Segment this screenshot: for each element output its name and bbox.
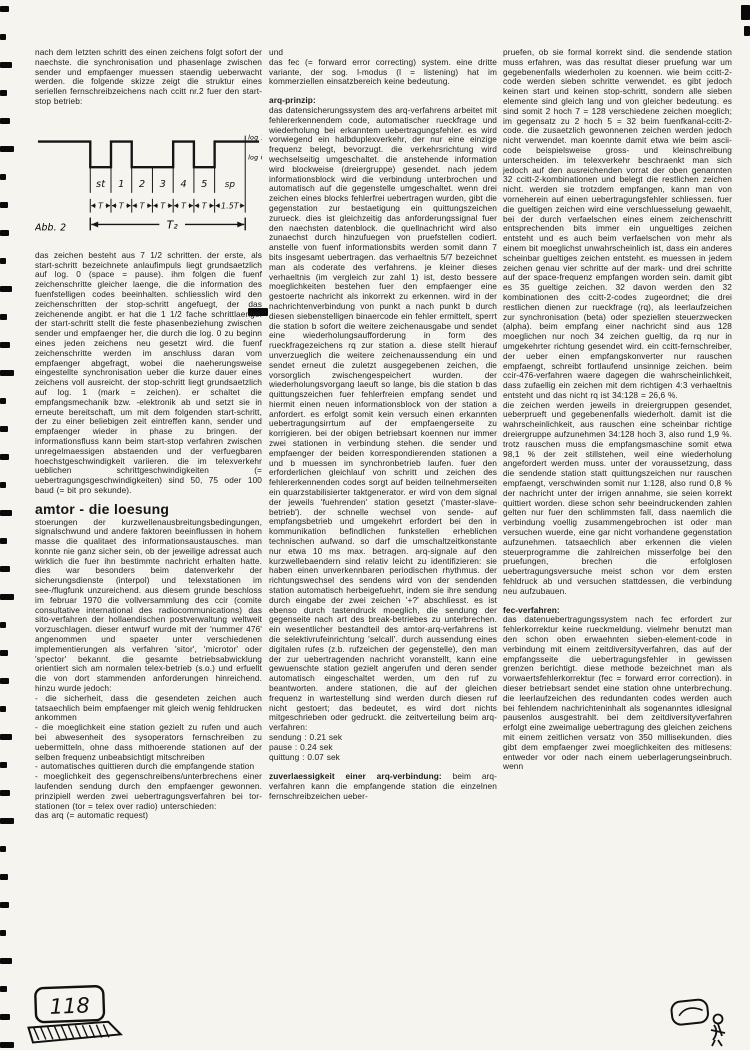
reliability-heading: zuverlaessigkeit einer arq-verbindung: bbox=[269, 771, 442, 781]
arrowhead-left bbox=[91, 221, 98, 227]
amtor-paragraph: stoerungen der kurzwellenausbreitungsbed… bbox=[35, 518, 262, 694]
list-item: - die moeglichkeit eine station gezielt … bbox=[35, 723, 262, 762]
list-item: - moeglichkeit des gegenschreibens/unter… bbox=[35, 772, 262, 811]
t-label: T bbox=[140, 201, 146, 210]
scan-mark bbox=[0, 174, 6, 180]
scan-mark bbox=[0, 202, 8, 208]
scan-mark bbox=[0, 146, 14, 152]
scan-mark bbox=[0, 370, 14, 376]
scan-mark bbox=[0, 818, 14, 824]
check-paragraph: pruefen, ob sie formal korrekt sind. die… bbox=[503, 48, 732, 401]
scan-mark bbox=[0, 650, 8, 656]
figure-caption: Abb. 2 bbox=[35, 222, 66, 233]
bit-label-1: 1 bbox=[118, 179, 124, 190]
doodle-body bbox=[671, 999, 709, 1026]
arrowhead-left bbox=[216, 203, 220, 208]
scan-mark bbox=[0, 398, 6, 404]
hatch-line bbox=[82, 1025, 87, 1038]
hatch-line bbox=[40, 1027, 45, 1040]
column-right: pruefen, ob sie formal korrekt sind. die… bbox=[503, 48, 732, 772]
hatch-line bbox=[54, 1026, 59, 1039]
t-label: T bbox=[181, 201, 187, 210]
doodle-figure bbox=[711, 1015, 725, 1047]
waveform-trace bbox=[38, 141, 259, 167]
scan-mark bbox=[0, 594, 14, 600]
hatch-line bbox=[68, 1026, 73, 1039]
arq-prinzip-paragraph: das datensicherungssystem des arq-verfah… bbox=[269, 106, 497, 733]
arq-definition-line: das arq (= automatic request) bbox=[35, 811, 262, 821]
scan-mark bbox=[0, 118, 10, 124]
telegraph-character-figure: T₂ log 1 log 0 Abb. 2 st12345spTTTTTT1.5… bbox=[35, 121, 262, 243]
fec-intro-paragraph: das fec (= forward error correcting) sys… bbox=[269, 58, 497, 87]
bit-label-4: 4 bbox=[180, 179, 186, 190]
arrowhead-left bbox=[174, 203, 178, 208]
arrowhead-left bbox=[91, 203, 95, 208]
scan-mark bbox=[0, 454, 9, 460]
scan-mark bbox=[0, 958, 12, 964]
scan-mark bbox=[0, 930, 6, 936]
scan-mark bbox=[0, 314, 7, 320]
scan-mark bbox=[0, 762, 7, 768]
list-item: - die sicherheit, dass die gesendeten ze… bbox=[35, 694, 262, 723]
groups-paragraph: die zeichen werden jeweils in dreiergrup… bbox=[503, 401, 732, 597]
scan-mark bbox=[0, 6, 9, 12]
bit-label-st: st bbox=[96, 179, 106, 190]
t-label: 1.5T bbox=[221, 201, 240, 210]
timing-quittung: quittung : 0.07 sek bbox=[269, 753, 497, 763]
bit-label-sp: sp bbox=[225, 180, 236, 190]
arrowhead-right bbox=[148, 203, 152, 208]
arrowhead-right bbox=[168, 203, 172, 208]
scan-mark bbox=[0, 986, 7, 992]
scan-mark bbox=[0, 230, 9, 236]
scan-mark bbox=[0, 62, 12, 68]
intro-paragraph: nach dem letzten schritt des einen zeich… bbox=[35, 48, 262, 107]
t-label: T bbox=[160, 201, 166, 210]
fec-paragraph: das datenuebertragungssystem nach fec er… bbox=[503, 615, 732, 772]
scan-mark bbox=[0, 342, 10, 348]
hatch-line bbox=[61, 1026, 66, 1039]
scan-mark bbox=[744, 26, 750, 36]
reliability-paragraph: zuverlaessigkeit einer arq-verbindung: b… bbox=[269, 772, 497, 801]
bit-label-5: 5 bbox=[201, 179, 207, 190]
terminal-sketch-icon: 118 bbox=[24, 984, 128, 1046]
arrowhead-right bbox=[237, 221, 244, 227]
t-label: T bbox=[119, 201, 125, 210]
scan-mark bbox=[0, 258, 6, 264]
structure-paragraph: das zeichen besteht aus 7 1/2 schritten.… bbox=[35, 251, 262, 496]
scan-mark bbox=[0, 286, 12, 292]
t2-label: T₂ bbox=[167, 218, 179, 231]
scan-mark bbox=[0, 1042, 14, 1048]
arrowhead-left bbox=[112, 203, 116, 208]
arrowhead-right bbox=[210, 203, 214, 208]
log0-label: log 0 bbox=[248, 153, 262, 161]
scan-mark bbox=[0, 734, 12, 740]
scan-mark bbox=[0, 34, 6, 40]
log1-label: log 1 bbox=[248, 133, 262, 141]
arrowhead-right bbox=[240, 203, 244, 208]
scan-mark bbox=[0, 566, 10, 572]
t-label: T bbox=[98, 201, 104, 210]
column-middle: und das fec (= forward error correcting)… bbox=[269, 48, 497, 802]
scan-mark bbox=[0, 706, 6, 712]
column-left: nach dem letzten schritt des einen zeich… bbox=[35, 48, 262, 821]
scan-mark bbox=[0, 846, 6, 852]
scan-mark bbox=[0, 874, 8, 880]
t-label: T bbox=[202, 201, 208, 210]
scan-mark bbox=[741, 5, 750, 20]
bit-label-3: 3 bbox=[160, 179, 166, 190]
scan-mark bbox=[0, 510, 12, 516]
start-stop-waveform-diagram: T₂ log 1 log 0 Abb. 2 st12345spTTTTTT1.5… bbox=[35, 121, 262, 243]
page-number: 118 bbox=[49, 993, 90, 1018]
arrowhead-right bbox=[127, 203, 131, 208]
scan-mark bbox=[0, 538, 7, 544]
doodle-curve bbox=[678, 1007, 703, 1016]
hatch-line bbox=[89, 1025, 94, 1038]
scan-mark bbox=[0, 902, 9, 908]
arrowhead-left bbox=[195, 203, 199, 208]
amtor-heading: amtor - die loesung bbox=[35, 505, 262, 515]
scan-mark bbox=[0, 1014, 10, 1020]
scan-mark bbox=[0, 90, 7, 96]
margin-doodle bbox=[666, 992, 734, 1050]
scan-mark bbox=[0, 790, 10, 796]
page-number-sketch: 118 bbox=[24, 984, 128, 1050]
arrowhead-left bbox=[153, 203, 157, 208]
hatch-line bbox=[33, 1027, 38, 1040]
arrowhead-left bbox=[133, 203, 137, 208]
hatch-line bbox=[47, 1026, 52, 1039]
arrowhead-right bbox=[189, 203, 193, 208]
doodle-sketch-icon bbox=[666, 992, 734, 1048]
scan-mark bbox=[0, 482, 6, 488]
scan-mark bbox=[0, 426, 8, 432]
bit-label-2: 2 bbox=[139, 179, 145, 190]
scan-mark bbox=[0, 622, 6, 628]
hatch-line bbox=[75, 1025, 80, 1038]
scanned-document-page: nach dem letzten schritt des einen zeich… bbox=[0, 0, 750, 1050]
scan-mark bbox=[0, 678, 9, 684]
arrowhead-right bbox=[106, 203, 110, 208]
